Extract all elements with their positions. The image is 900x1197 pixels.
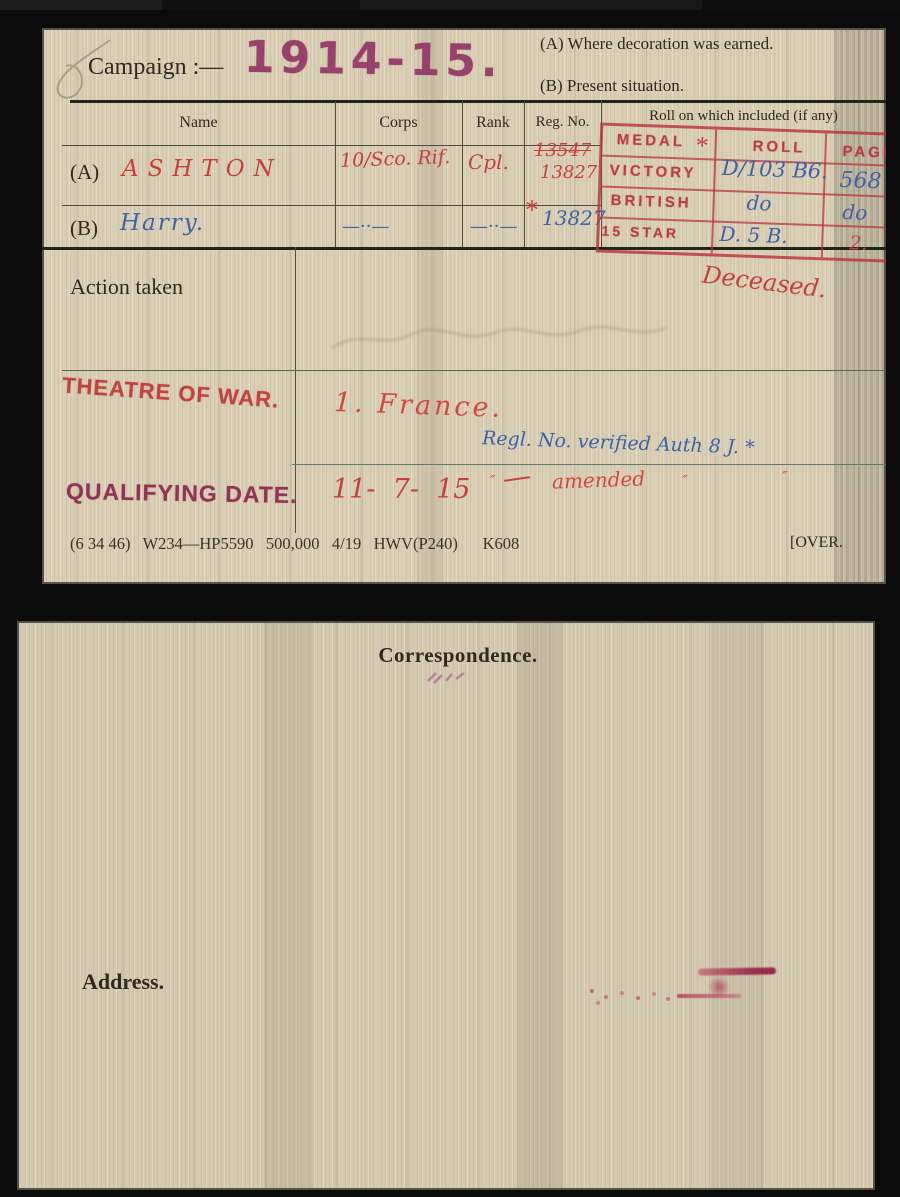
ink-smudge-streak <box>677 994 741 998</box>
texture-band <box>265 621 313 1190</box>
faint-pencil-note <box>322 310 682 358</box>
row-b-asterisk: * <box>526 196 538 224</box>
campaign-label: Campaign :— <box>88 54 223 81</box>
stamp-header-medal: MEDAL <box>616 131 685 150</box>
row-a-reg-no-struck: 13547 <box>534 140 591 161</box>
stamp-row-15star: 15 STAR <box>601 223 679 242</box>
page-value-british: do <box>842 200 868 225</box>
stamp-row-victory: VICTORY <box>609 162 696 182</box>
print-code: (6 34 46) W234—HP5590 500,000 4/19 HWV(P… <box>70 534 519 554</box>
amended-ditto-mid: ″ <box>682 472 688 490</box>
ink-smudge-dots <box>590 989 594 993</box>
correspondence-label: Correspondence. <box>378 643 537 668</box>
row-b-corps-ditto: —··— <box>342 216 389 237</box>
roll-value-british: do <box>746 191 772 216</box>
scanned-medal-index-card: Campaign :— 1914-15. (A) Where decoratio… <box>0 0 900 1197</box>
column-divider <box>524 101 525 247</box>
header-underline <box>62 145 602 146</box>
rule-verified <box>292 464 886 465</box>
column-header-corps: Corps <box>335 114 462 132</box>
column-header-roll: Roll on which included (if any) <box>601 108 886 125</box>
medal-card-front: Campaign :— 1914-15. (A) Where decoratio… <box>42 28 886 584</box>
amended-ditto-left: ″ <box>490 472 496 490</box>
stamp-header-page: PAGE <box>842 143 886 162</box>
ink-smudge-blob <box>707 977 731 997</box>
note-a: (A) Where decoration was earned. <box>540 34 773 54</box>
medal-roll-stamp: MEDAL ROLL PAGE * VICTORY BRITISH 15 STA… <box>596 122 886 263</box>
overline-mark <box>504 476 530 482</box>
amended-ditto-right: ″ <box>782 468 788 486</box>
reg-no-verified-note: Regl. No. verified Auth 8 J. * <box>482 427 755 459</box>
rule-theatre <box>62 370 886 371</box>
over-label: [OVER. <box>790 534 843 552</box>
address-label: Address. <box>82 969 164 995</box>
column-header-name: Name <box>62 114 335 132</box>
row-b-rank-ditto: —··— <box>470 216 517 237</box>
theatre-of-war-value: 1. France. <box>334 387 504 424</box>
texture-band <box>517 621 563 1190</box>
theatre-of-war-stamp: THEATRE OF WAR. <box>61 372 280 413</box>
roll-value-victory: D/103 B6. <box>721 156 828 184</box>
page-value-victory: 568 <box>839 168 882 194</box>
ink-smudge-streak <box>698 967 776 975</box>
scan-edge-strip <box>0 0 900 10</box>
deceased-note: Deceased. <box>701 260 828 303</box>
medal-card-back: Correspondence. Address. <box>17 621 875 1190</box>
rule-under-campaign <box>70 100 886 103</box>
row-a-prefix: (A) <box>70 160 99 185</box>
ink-smudge-purple <box>422 667 472 689</box>
qualifying-date-stamp: QUALIFYING DATE. <box>66 478 298 509</box>
amended-note: amended <box>552 466 646 493</box>
action-taken-label: Action taken <box>70 274 183 300</box>
stamp-asterisk: * <box>695 131 709 161</box>
row-b-prefix: (B) <box>70 216 98 241</box>
column-header-rank: Rank <box>462 114 524 132</box>
row-a-surname: ASHTON <box>122 156 283 182</box>
roll-value-15star: D. 5 B. <box>719 222 788 248</box>
column-divider <box>462 101 463 247</box>
column-header-reg-no: Reg. No. <box>524 114 601 131</box>
campaign-year-stamp: 1914-15. <box>244 32 504 88</box>
row-a-corps: 10/Sco. Rif. <box>340 146 451 172</box>
stamp-header-roll: ROLL <box>752 138 805 157</box>
stamp-row-british: BRITISH <box>610 192 692 212</box>
page-value-15star: 2. <box>849 232 868 255</box>
texture-band <box>709 621 763 1190</box>
row-a-reg-no: 13827 <box>540 162 597 183</box>
row-a-rank: Cpl. <box>468 150 509 174</box>
column-divider <box>335 101 336 247</box>
row-a-underline <box>62 205 602 206</box>
qualifying-date-value: 11- 7- 15 <box>332 474 470 505</box>
note-b: (B) Present situation. <box>540 76 684 96</box>
row-b-forename: Harry. <box>120 210 205 236</box>
